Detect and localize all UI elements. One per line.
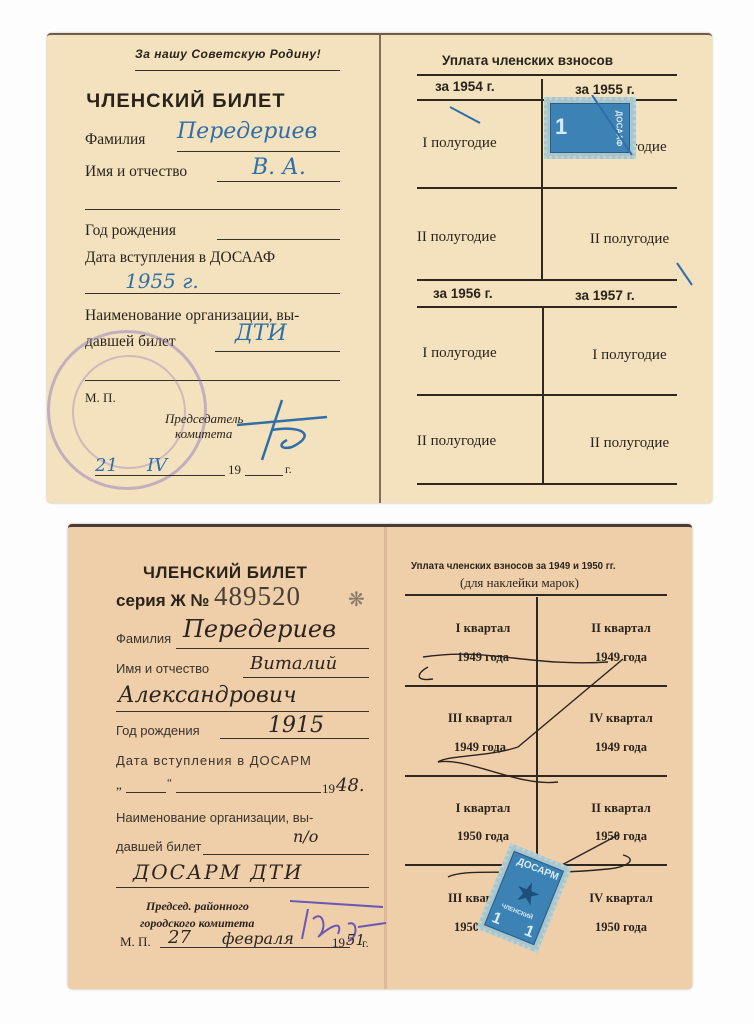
chairman-label-line2: комитета: [175, 426, 232, 442]
chairman-signature: [232, 395, 332, 465]
ornament-icon: ❋: [348, 587, 365, 612]
table-rule: [417, 306, 677, 308]
table-rule: [417, 483, 677, 485]
seal-label: М. П.: [120, 934, 151, 950]
join-quote-open: „: [116, 777, 122, 793]
table-rule: [417, 394, 677, 396]
date-month: февраля: [222, 929, 294, 948]
join-date-line: [85, 293, 340, 294]
birth-year-label: Год рождения: [85, 222, 176, 240]
table-rule: [405, 594, 667, 596]
card-title: ЧЛЕНСКИЙ БИЛЕТ: [143, 563, 307, 583]
date-day: 27: [168, 927, 191, 948]
join-year-value: 48.: [336, 775, 365, 796]
org-value-line2: ДОСАРМ ДТИ: [133, 860, 303, 884]
motto-text: За нашу Советскую Родину!: [135, 47, 321, 61]
join-day-line: [126, 792, 166, 793]
q2-1949: II квартал: [556, 621, 686, 636]
org-line: [203, 854, 369, 855]
date-year-prefix: 19: [332, 935, 345, 951]
fees-subheading: (для наклейки марок): [460, 575, 579, 591]
join-year-prefix: 19: [322, 781, 335, 797]
date-day: 21: [95, 455, 118, 476]
name-line: [217, 181, 340, 182]
card-title: ЧЛЕНСКИЙ БИЛЕТ: [86, 91, 285, 113]
org-label-line1: Наименование организации, вы-: [116, 810, 313, 825]
join-date-value: 1955 г.: [125, 269, 199, 293]
table-rule: [417, 74, 677, 76]
birth-year-value: 1915: [268, 713, 324, 738]
name-line: [243, 677, 369, 678]
name-label: Имя и отчество: [116, 661, 209, 676]
serial-number: 489520: [214, 581, 301, 612]
date-line: [160, 947, 350, 948]
surname-label: Фамилия: [116, 631, 171, 646]
membership-card-dosaaf: За нашу Советскую Родину! ЧЛЕНСКИЙ БИЛЕТ…: [47, 33, 712, 503]
org-value: ДТИ: [235, 321, 287, 346]
pen-check-marks: [442, 95, 702, 295]
fees-heading: Уплата членских взносов за 1949 и 1950 г…: [411, 560, 616, 572]
surname-value: Передериев: [183, 615, 336, 643]
organization-seal-stamp: [47, 330, 207, 490]
cell-1956-h2: II полугодие: [374, 433, 539, 450]
name-value: В. А.: [252, 155, 306, 180]
year-1954-header: за 1954 г.: [435, 79, 495, 94]
join-quote-close: “: [167, 777, 172, 789]
org-label-line2: давшей билет: [116, 839, 201, 854]
surname-value: Передериев: [177, 119, 317, 144]
date-century: 19: [228, 462, 241, 478]
cell-1957-h2: II полугодие: [547, 435, 712, 452]
cell-1957-h1: I полугодие: [547, 347, 712, 364]
chairman-label-line1: Председ. районного: [146, 899, 249, 914]
q1-1949: I квартал: [418, 621, 548, 636]
cell-1956-h1: I полугодие: [377, 345, 542, 362]
join-date-label: Дата вступления в ДОСААФ: [85, 249, 275, 267]
birth-year-label: Год рождения: [116, 723, 200, 738]
blank-line: [85, 209, 340, 210]
date-suffix: г.: [285, 462, 292, 477]
surname-line: [177, 151, 340, 152]
patronymic-line: [116, 711, 369, 712]
seal-label: М. П.: [85, 390, 116, 406]
date-line: [95, 475, 225, 476]
first-name-value: Виталий: [250, 653, 337, 674]
date-year-line: [245, 475, 283, 476]
org-line-2: [116, 887, 369, 888]
org-value-line1: п/о: [293, 827, 318, 846]
series-label: серия Ж №: [116, 591, 209, 611]
patronymic-value: Александрович: [118, 683, 297, 708]
date-month: IV: [147, 455, 167, 476]
birth-year-line: [220, 738, 369, 739]
fees-heading: Уплата членских взносов: [442, 53, 613, 68]
underline: [135, 70, 340, 71]
date-suffix: г.: [362, 936, 369, 951]
surname-label: Фамилия: [85, 131, 145, 149]
join-month-line: [176, 792, 321, 793]
org-line: [215, 351, 340, 352]
join-date-label: Дата вступления в ДОСАРМ: [116, 753, 312, 768]
name-label: Имя и отчество: [85, 163, 187, 181]
surname-line: [176, 648, 369, 649]
birth-year-line: [217, 239, 340, 240]
membership-card-dosarm: ЧЛЕНСКИЙ БИЛЕТ серия Ж № 489520 ❋ Фамили…: [68, 524, 692, 989]
